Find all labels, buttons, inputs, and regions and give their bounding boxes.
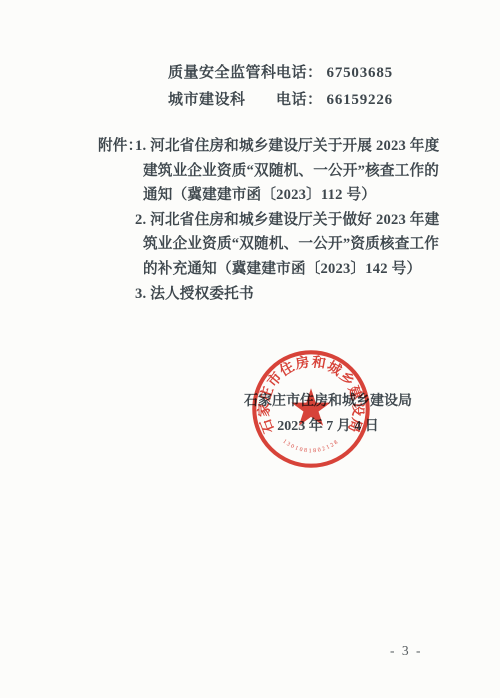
attachment-line: 1. 河北省住房和城乡建设厅关于开展 2023 年度 xyxy=(135,134,438,159)
phone-label: 电话： xyxy=(276,87,323,114)
seal-code: 1301081802128 xyxy=(281,439,340,455)
attachment-line: 筑业企业资质“双随机、一公开”资质核查工作 xyxy=(143,232,438,257)
attachment-line: 2. 河北省住房和城乡建设厅关于做好 2023 年建 xyxy=(135,208,438,233)
attachment-line: 通知（冀建建市函〔2023〕112 号） xyxy=(143,183,438,208)
official-seal-stamp: 石家庄市住房和城乡建设局 1301081802128 xyxy=(248,346,374,472)
scanned-document-page: 质量安全监管科 电话： 67503685 城市建设科 电话： 66159226 … xyxy=(0,0,500,698)
phone-label: 电话： xyxy=(276,60,323,87)
phone-number: 66159226 xyxy=(327,87,393,114)
page-number: - 3 - xyxy=(390,643,423,659)
attachment-line: 的补充通知（冀建建市函〔2023〕142 号） xyxy=(143,257,438,282)
attachments-block: 附件： 1. 河北省住房和城乡建设厅关于开展 2023 年度 建筑业企业资质“双… xyxy=(98,134,438,306)
star-icon xyxy=(291,388,330,425)
seal-graphic: 石家庄市住房和城乡建设局 1301081802128 xyxy=(248,346,374,472)
department-name: 质量安全监管科 xyxy=(168,60,276,87)
contact-row-city-construction-dept: 城市建设科 电话： 66159226 xyxy=(168,87,393,114)
attachments-label: 附件： xyxy=(98,134,142,159)
contact-row-quality-dept: 质量安全监管科 电话： 67503685 xyxy=(168,60,393,87)
attachment-line: 建筑业企业资质“双随机、一公开”核查工作的 xyxy=(143,159,438,184)
phone-number: 67503685 xyxy=(327,60,393,87)
attachment-line: 3. 法人授权委托书 xyxy=(135,282,438,307)
department-name: 城市建设科 xyxy=(168,87,276,114)
contact-info-block: 质量安全监管科 电话： 67503685 城市建设科 电话： 66159226 xyxy=(168,60,393,114)
